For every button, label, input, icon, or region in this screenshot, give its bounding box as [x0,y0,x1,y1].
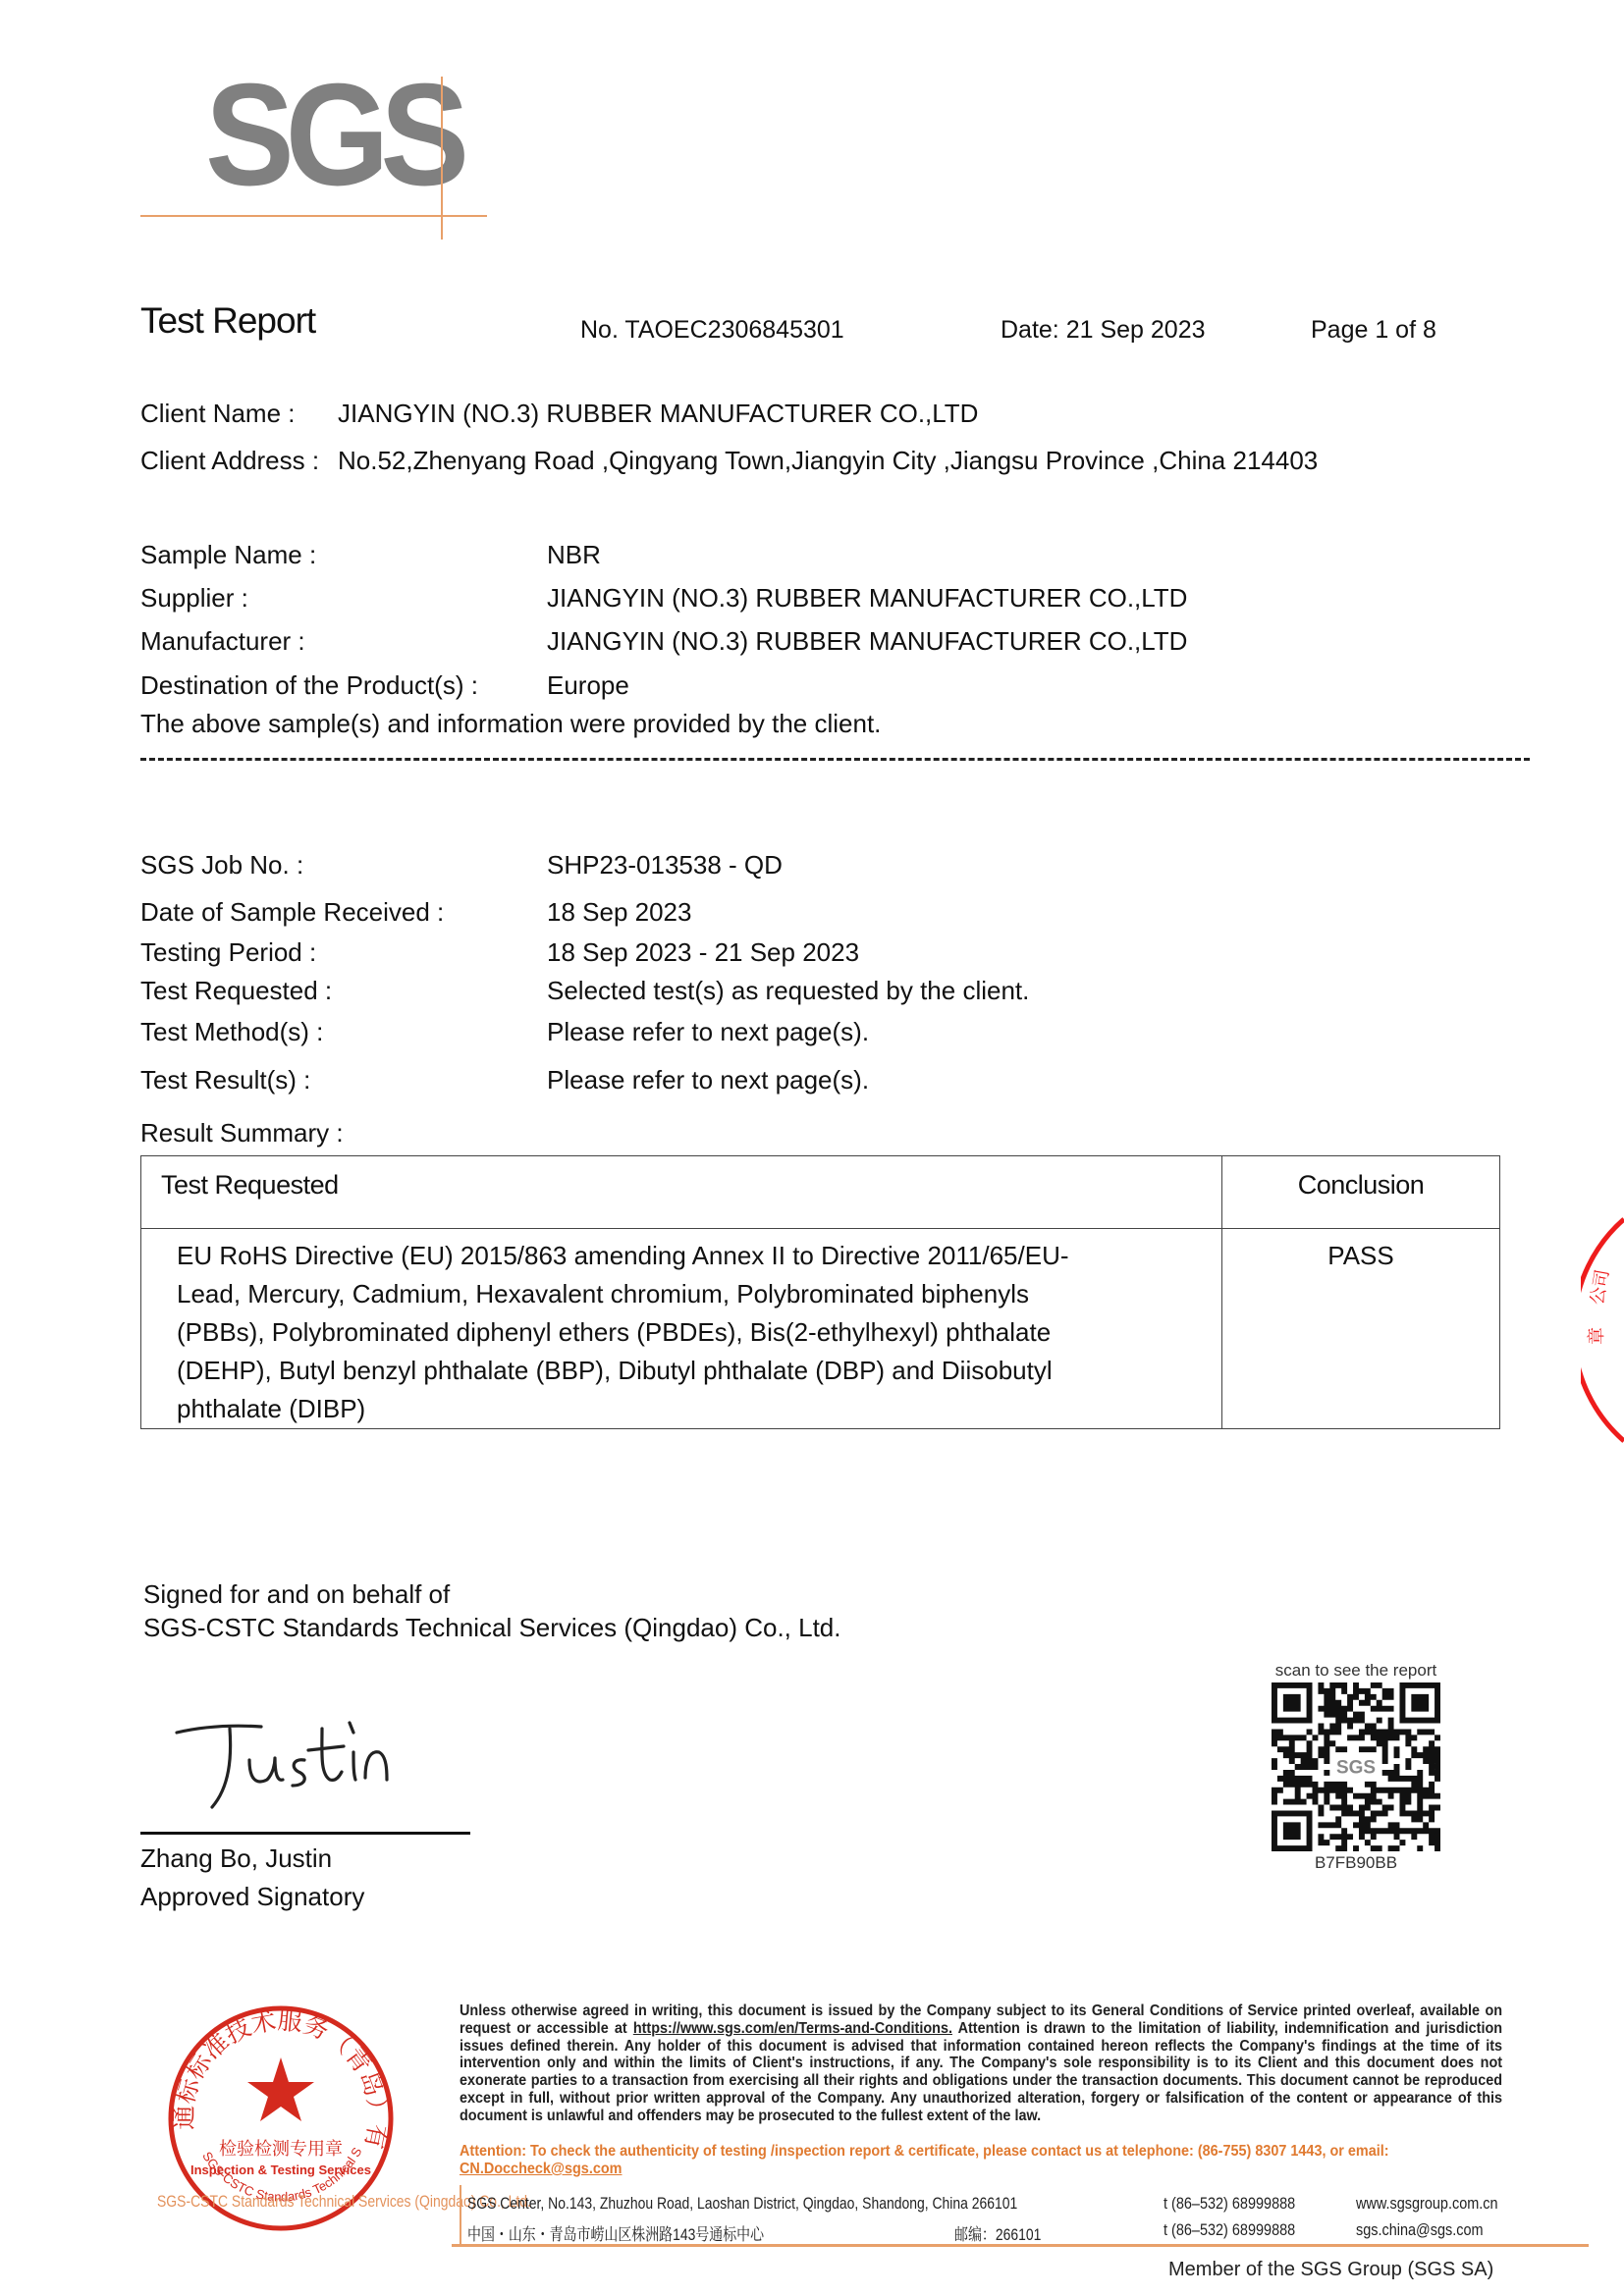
signed-on-behalf-text: Signed for and on behalf of [143,1579,450,1610]
column-header-conclusion: Conclusion [1222,1156,1500,1229]
page-indicator: Page 1 of 8 [1311,316,1436,345]
svg-text:检验检测专用章: 检验检测专用章 [219,2139,343,2160]
manufacturer-value: JIANGYIN (NO.3) RUBBER MANUFACTURER CO.,… [547,626,1187,657]
page-title: Test Report [140,300,315,342]
svg-text:章: 章 [1587,1327,1607,1345]
destination-value: Europe [547,670,629,701]
manufacturer-label: Manufacturer : [140,626,305,657]
footer-address-cn: 中国・山东・青岛市崂山区株洲路143号通标中心 [467,2220,764,2245]
job-no-label: SGS Job No. : [140,850,303,881]
signing-company: SGS-CSTC Standards Technical Services (Q… [143,1613,841,1643]
testing-period-value: 18 Sep 2023 - 21 Sep 2023 [547,937,859,968]
handwritten-signature [173,1713,428,1821]
sample-name-label: Sample Name : [140,540,316,570]
test-requested-value: Selected test(s) as requested by the cli… [547,976,1029,1006]
table-header-row: Test Requested Conclusion [141,1156,1500,1229]
logo-horizontal-rule [140,215,487,217]
logo-text: SGS [205,63,460,208]
test-results-value: Please refer to next page(s). [547,1065,869,1095]
svg-text:公司: 公司 [1587,1268,1613,1307]
logo-vertical-rule [441,77,443,240]
conclusion-cell: PASS [1222,1229,1500,1429]
date-received-value: 18 Sep 2023 [547,897,691,928]
dashed-separator [140,758,1530,761]
qr-caption: scan to see the report [1269,1661,1443,1681]
footer-postal-cn: 邮编：266101 [954,2220,1041,2245]
report-date: Date: 21 Sep 2023 [1001,316,1206,345]
footer-address-en: SGS Center, No.143, Zhuzhou Road, Laosha… [467,2194,1017,2214]
result-summary-label: Result Summary : [140,1118,344,1148]
signature-line [140,1832,470,1835]
sample-note: The above sample(s) and information were… [140,709,881,739]
test-results-label: Test Result(s) : [140,1065,310,1095]
signatory-title: Approved Signatory [140,1882,364,1912]
client-name-label: Client Name : [140,399,296,429]
footer-phone-1: t (86–532) 68999888 [1164,2194,1295,2214]
authenticity-notice: Attention: To check the authenticity of … [460,2143,1519,2178]
client-address-label: Client Address : [140,446,319,476]
date-received-label: Date of Sample Received : [140,897,444,928]
testing-period-label: Testing Period : [140,937,316,968]
qr-verification-code: B7FB90BB [1269,1853,1443,1873]
report-number: No. TAOEC2306845301 [580,316,844,345]
sample-name-value: NBR [547,540,601,570]
legal-disclaimer: Unless otherwise agreed in writing, this… [460,2002,1502,2125]
result-summary-table: Test Requested Conclusion EU RoHS Direct… [140,1155,1500,1429]
footer-email-link[interactable]: sgs.china@sgs.com [1356,2220,1484,2240]
doccheck-email-link[interactable]: CN.Doccheck@sgs.com [460,2161,622,2177]
column-header-test: Test Requested [141,1156,1222,1229]
partial-seal-stamp-icon: 公司 章 [1581,1217,1624,1443]
signatory-name: Zhang Bo, Justin [140,1843,332,1874]
footer-horizontal-rule [452,2244,1589,2247]
job-no-value: SHP23-013538 - QD [547,850,783,881]
client-name-value: JIANGYIN (NO.3) RUBBER MANUFACTURER CO.,… [338,399,978,429]
test-methods-label: Test Method(s) : [140,1017,323,1047]
sgs-logo: SGS [140,77,494,234]
attention-text: Attention: To check the authenticity of … [460,2143,1389,2160]
terms-link[interactable]: https://www.sgs.com/en/Terms-and-Conditi… [633,2020,952,2037]
test-methods-value: Please refer to next page(s). [547,1017,869,1047]
destination-label: Destination of the Product(s) : [140,670,478,701]
qr-block: scan to see the report SGS B7FB90BB [1269,1661,1443,1873]
qr-code-icon[interactable]: SGS [1272,1682,1440,1851]
footer-phone-2: t (86–532) 68999888 [1164,2220,1295,2240]
supplier-value: JIANGYIN (NO.3) RUBBER MANUFACTURER CO.,… [547,583,1187,614]
client-address-value: No.52,Zhenyang Road ,Qingyang Town,Jiang… [338,446,1318,476]
sgs-group-membership: Member of the SGS Group (SGS SA) [1168,2259,1493,2281]
svg-text:SGS: SGS [1336,1758,1376,1779]
supplier-label: Supplier : [140,583,248,614]
footer-vertical-rule [460,2185,461,2246]
footer-website-link[interactable]: www.sgsgroup.com.cn [1356,2194,1498,2214]
test-requested-label: Test Requested : [140,976,332,1006]
table-row: EU RoHS Directive (EU) 2015/863 amending… [141,1229,1500,1429]
test-description-cell: EU RoHS Directive (EU) 2015/863 amending… [141,1229,1222,1429]
